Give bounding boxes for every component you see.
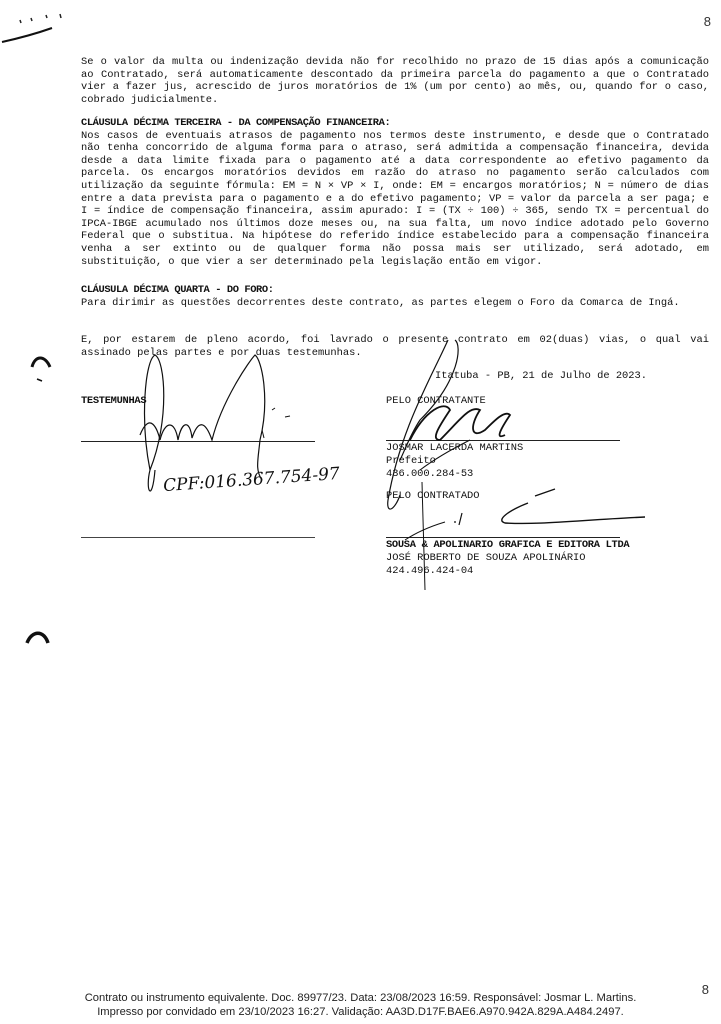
closing-paragraph: E, por estarem de pleno acordo, foi lavr… xyxy=(81,334,709,359)
clause-13-heading: CLÁUSULA DÉCIMA TERCEIRA - DA COMPENSAÇÃ… xyxy=(81,117,709,130)
witness-handwritten-cpf: CPF:016.367.754-97 xyxy=(163,464,341,496)
contracted-company: SOUSA & APOLINARIO GRAFICA E EDITORA LTD… xyxy=(386,539,629,552)
contractor-label: PELO CONTRATANTE xyxy=(386,395,486,408)
footer-line-2: Impresso por convidado em 23/10/2023 16:… xyxy=(0,1006,721,1020)
contracted-signature-line xyxy=(386,537,620,538)
clause-14-text: Para dirimir as questões decorrentes des… xyxy=(81,297,709,310)
scan-mark-icon xyxy=(2,28,52,42)
footer-validation: Contrato ou instrumento equivalente. Doc… xyxy=(0,992,721,1019)
penalty-paragraph: Se o valor da multa ou indenização devid… xyxy=(81,56,709,106)
witness-2-signature-line xyxy=(81,537,315,538)
contractor-cpf: 436.000.284-53 xyxy=(386,468,473,481)
contracted-name: JOSÉ ROBERTO DE SOUZA APOLINÁRIO xyxy=(386,552,586,565)
contractor-name: JOSMAR LACERDA MARTINS xyxy=(386,442,523,455)
witnesses-label: TESTEMUNHAS xyxy=(81,395,146,408)
witness-1-signature-line xyxy=(81,441,315,442)
punch-mark-icon xyxy=(32,358,50,367)
page-number-top: 8 xyxy=(704,14,711,29)
contracted-label: PELO CONTRATADO xyxy=(386,490,480,503)
contractor-signature-line xyxy=(386,440,620,441)
footer-line-1: Contrato ou instrumento equivalente. Doc… xyxy=(0,992,721,1006)
clause-14-heading: CLÁUSULA DÉCIMA QUARTA - DO FORO: xyxy=(81,284,709,297)
place-date: Itatuba - PB, 21 de Julho de 2023. xyxy=(435,370,647,383)
contractor-role: Prefeito xyxy=(386,455,436,468)
contracted-cpf: 424.496.424-04 xyxy=(386,565,473,578)
clause-13-text: Nos casos de eventuais atrasos de pagame… xyxy=(81,130,709,269)
punch-mark-icon xyxy=(27,633,48,643)
